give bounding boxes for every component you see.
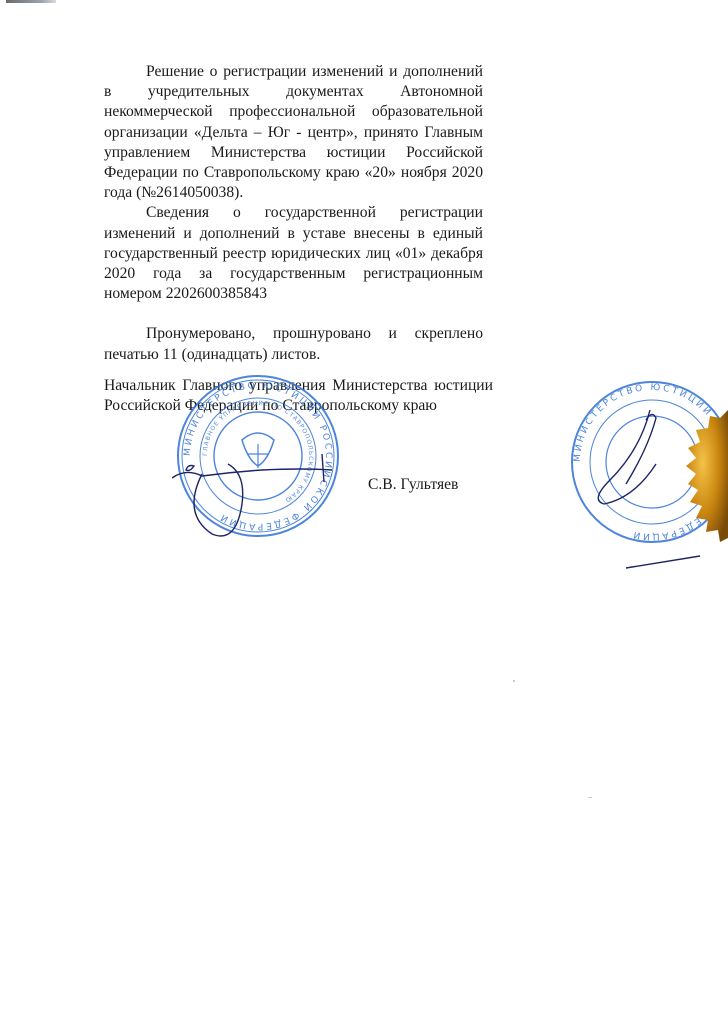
- official-stamp-left: МИНИСТЕРСТВО ЮСТИЦИИ РОССИЙСКОЙ ФЕДЕРАЦИ…: [172, 370, 344, 542]
- signer-name: С.В. Гультяев: [368, 476, 458, 494]
- official-stamp-right: МИНИСТЕРСТВО ЮСТИЦИИ РОССИЙСКОЙ ФЕДЕРАЦИ…: [560, 370, 728, 580]
- document-body: Решение о регистрации изменений и дополн…: [104, 62, 483, 365]
- registration-decision-paragraph: Решение о регистрации изменений и дополн…: [104, 62, 483, 203]
- binding-note-paragraph: Пронумеровано, прошнуровано и скреплено …: [104, 324, 483, 364]
- scan-speck: [588, 797, 592, 798]
- scan-edge-mark: [6, 0, 56, 3]
- scan-speck: [513, 680, 515, 682]
- egrul-entry-paragraph: Сведения о государственной регистрации и…: [104, 203, 483, 304]
